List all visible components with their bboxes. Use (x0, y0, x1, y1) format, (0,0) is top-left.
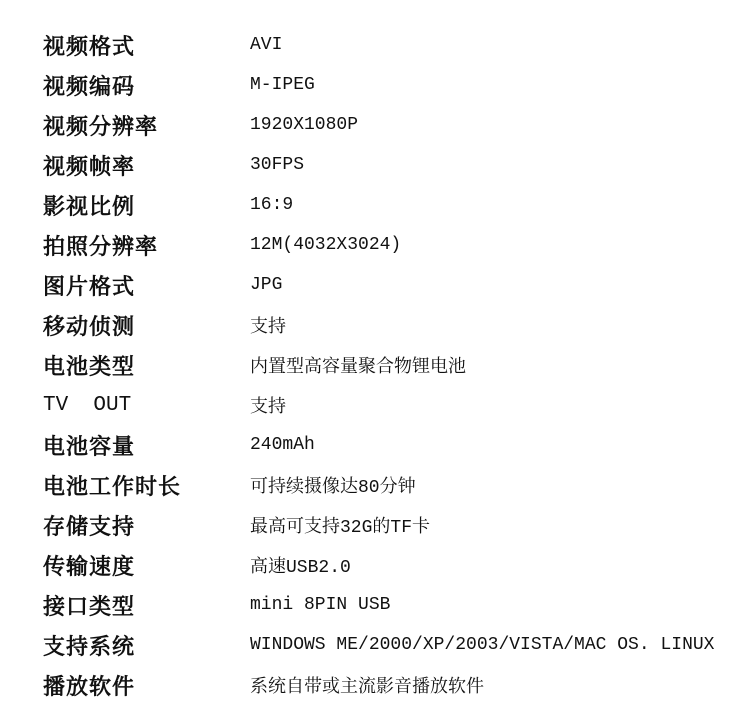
spec-row: 支持系统WINDOWS ME/2000/XP/2003/VISTA/MAC OS… (43, 625, 750, 665)
spec-value: AVI (250, 35, 282, 55)
spec-label: 拍照分辨率 (43, 230, 250, 261)
spec-value: 支持 (250, 312, 286, 338)
spec-label: 传输速度 (43, 550, 250, 581)
spec-label: 播放软件 (43, 670, 250, 701)
spec-label: 视频编码 (43, 70, 250, 101)
spec-value: 系统自带或主流影音播放软件 (250, 672, 484, 698)
spec-row: 视频分辨率1920X1080P (43, 105, 750, 145)
spec-row: 存储支持最高可支持32G的TF卡 (43, 505, 750, 545)
spec-value: 高速USB2.0 (250, 552, 351, 578)
spec-value: 240mAh (250, 435, 315, 455)
spec-value: 30FPS (250, 155, 304, 175)
spec-label: 视频分辨率 (43, 110, 250, 141)
spec-row: 电池容量240mAh (43, 425, 750, 465)
spec-value: 12M(4032X3024) (250, 235, 401, 255)
spec-row: 视频格式AVI (43, 25, 750, 65)
spec-label: 图片格式 (43, 270, 250, 301)
spec-label: 电池容量 (43, 430, 250, 461)
spec-value: 支持 (250, 392, 286, 418)
spec-value: 可持续摄像达80分钟 (250, 472, 416, 498)
spec-label: 视频格式 (43, 30, 250, 61)
spec-value: 内置型高容量聚合物锂电池 (250, 352, 466, 378)
spec-row: 拍照分辨率12M(4032X3024) (43, 225, 750, 265)
spec-table: 视频格式AVI视频编码M-IPEG视频分辨率1920X1080P视频帧率30FP… (0, 0, 750, 705)
spec-row: 影视比例16:9 (43, 185, 750, 225)
spec-label: 影视比例 (43, 190, 250, 221)
spec-label: 支持系统 (43, 630, 250, 661)
spec-value: 1920X1080P (250, 115, 358, 135)
spec-value: 最高可支持32G的TF卡 (250, 512, 430, 538)
spec-row: 视频编码M-IPEG (43, 65, 750, 105)
spec-row: 播放软件系统自带或主流影音播放软件 (43, 665, 750, 705)
spec-row: 移动侦测支持 (43, 305, 750, 345)
spec-value: JPG (250, 275, 282, 295)
spec-label: 视频帧率 (43, 150, 250, 181)
spec-row: TV OUT支持 (43, 385, 750, 425)
spec-row: 电池类型内置型高容量聚合物锂电池 (43, 345, 750, 385)
spec-label: 电池工作时长 (43, 470, 250, 501)
spec-label: 接口类型 (43, 590, 250, 621)
spec-row: 电池工作时长可持续摄像达80分钟 (43, 465, 750, 505)
spec-label: 存储支持 (43, 510, 250, 541)
spec-label: TV OUT (43, 394, 250, 417)
spec-value: 16:9 (250, 195, 293, 215)
spec-value: M-IPEG (250, 75, 315, 95)
spec-label: 移动侦测 (43, 310, 250, 341)
spec-value: WINDOWS ME/2000/XP/2003/VISTA/MAC OS. LI… (250, 635, 714, 655)
spec-value: mini 8PIN USB (250, 595, 390, 615)
spec-row: 图片格式JPG (43, 265, 750, 305)
spec-row: 视频帧率30FPS (43, 145, 750, 185)
spec-row: 接口类型mini 8PIN USB (43, 585, 750, 625)
spec-label: 电池类型 (43, 350, 250, 381)
spec-row: 传输速度高速USB2.0 (43, 545, 750, 585)
